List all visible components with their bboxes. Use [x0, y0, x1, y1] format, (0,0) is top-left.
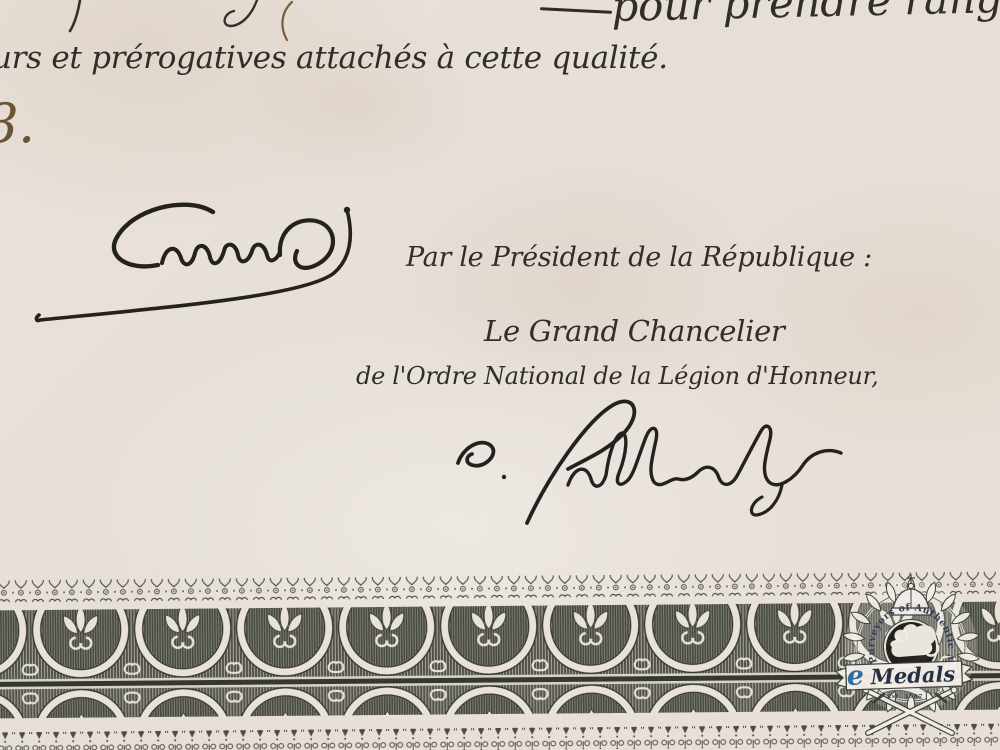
brand-e: e — [846, 660, 864, 692]
order-line: de l'Ordre National de la Légion d'Honne… — [356, 362, 878, 390]
date-fragment: 8. — [0, 92, 35, 155]
emedals-watermark: Purveyors of Authentic Militaria e Medal… — [812, 566, 1000, 750]
by-president-line: Par le Président de la République : — [406, 242, 872, 273]
established-text: Est. 1967 — [887, 694, 923, 700]
brand-name: Medals — [869, 661, 956, 689]
privileges-line: urs et prérogatives attachés à cette qua… — [0, 40, 668, 76]
carnot-signature — [10, 193, 390, 343]
certificate-scan: pour prendre rang urs et prérogatives at… — [0, 0, 1000, 750]
chancellor-title: Le Grand Chancelier — [484, 314, 785, 348]
faidherbe-signature — [420, 393, 865, 548]
fill-line — [540, 7, 612, 13]
top-line-fragment: pour prendre rang — [611, 0, 1000, 31]
